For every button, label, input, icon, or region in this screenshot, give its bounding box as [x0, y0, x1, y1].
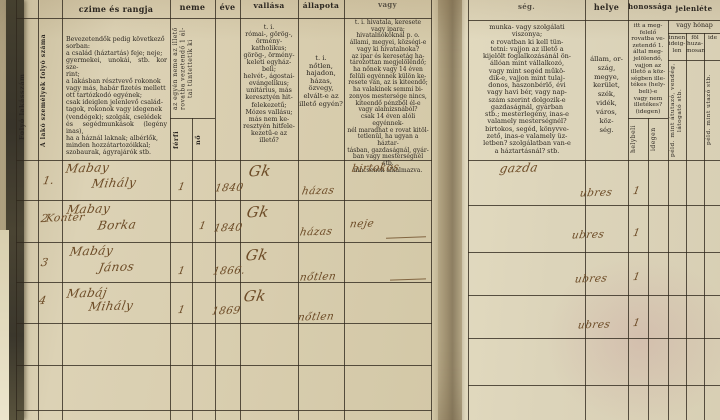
nationality-instructions: itt a meg- felelő rovatba ve- zetendő 1.… [630, 23, 666, 116]
label-person-number: A lakó személyek folyó száma [40, 22, 60, 159]
entry-religion: Gk [244, 246, 269, 265]
entry-marital: nőtlen [297, 310, 335, 323]
header-year: éve [215, 2, 240, 12]
entry-religion: Gk [242, 287, 267, 306]
grid-line [468, 252, 720, 253]
entry-occupation: neje [349, 218, 375, 231]
header-nationality: honossága [628, 2, 668, 11]
name-column-instructions: Bevezetendők pedig következő sorban: a c… [66, 36, 167, 156]
entry-given-name: Mihály [88, 298, 135, 314]
grid-line [468, 295, 720, 296]
label-local: helybeli [630, 121, 646, 158]
label-foreign: idegen [650, 121, 666, 158]
label-dwelling-number: Folyó lakásszám [18, 55, 36, 159]
grid-line [668, 20, 669, 420]
sex-note: az egyén neme az illető rovatba vezetend… [172, 22, 213, 116]
entry-place: ubres [571, 228, 605, 241]
grid-line [628, 118, 668, 119]
grid-line [170, 118, 215, 119]
grid-line [668, 33, 720, 34]
grid-line [16, 200, 432, 201]
entry-birth-year: 1866. [212, 264, 246, 277]
entry-maiden-name: Kontér [45, 211, 86, 224]
header-presence: jelenléte [668, 4, 720, 13]
grid-line [170, 0, 171, 420]
grid-line [16, 282, 432, 283]
presence-col-2: föl huza- mosan [686, 35, 704, 54]
grid-line [468, 338, 720, 339]
grid-line [62, 0, 63, 420]
grid-line [585, 0, 586, 420]
presence-note-1: péld. mint átutazó, vendég, látogató stb… [670, 62, 702, 158]
header-status: állapota [298, 1, 344, 10]
grid-line [468, 0, 469, 420]
status-instructions: t. i. nőtlen, hajadon, házas, özvegy, el… [299, 55, 343, 108]
grid-line [192, 118, 193, 420]
presence-col-3: ide [705, 35, 720, 41]
grid-line [648, 118, 649, 420]
entry-marital: nőtlen [299, 270, 337, 283]
grid-line [16, 242, 432, 243]
presence-note-2: péld. mint utazó stb. [706, 62, 719, 158]
religion-instructions: t. i. római-, görög-, örmény- katholikus… [242, 24, 296, 144]
book-gutter-shadow [432, 0, 466, 420]
entry-marital: házas [301, 184, 336, 197]
grid-line [431, 0, 432, 420]
label-female: nő [194, 121, 213, 158]
entry-birth-year: 1840 [214, 182, 245, 195]
grid-line [16, 410, 432, 411]
entry-birth-year: 1840 [213, 222, 244, 235]
entry-religion: Gk [245, 203, 270, 222]
entry-surname: Mabáy [69, 243, 115, 258]
grid-line [468, 20, 720, 21]
entry-surname: Mabay [65, 160, 111, 175]
entry-given-name: Mihály [91, 175, 138, 191]
entry-place: ubres [577, 318, 611, 331]
underlying-page-edge [0, 230, 9, 420]
entry-occupation: birtokos [351, 161, 400, 175]
grid-line [468, 205, 720, 206]
grid-line [704, 33, 705, 420]
header-name-rank: czime és rangja [62, 4, 170, 14]
presence-band: vagy hónap [669, 22, 720, 29]
entry-given-name: János [98, 259, 136, 274]
header-occupation-fragment: vagy [344, 0, 431, 9]
census-register-scan: czime és rangja neme éve vallása állapot… [0, 0, 720, 420]
header-sex: neme [170, 2, 215, 12]
grid-line [215, 0, 216, 420]
grid-line [16, 365, 432, 366]
header-religion: vallása [240, 1, 298, 10]
header-place: helye [585, 2, 628, 12]
entry-work-relation: gazda [499, 160, 540, 175]
occupation-instructions: t. i. hivatala, keresete vagy ipara; hiv… [347, 20, 429, 175]
grid-line [16, 323, 432, 324]
entry-religion: Gk [247, 162, 272, 181]
entry-place: ubres [574, 272, 608, 285]
grid-line [240, 0, 241, 420]
label-male: férfi [172, 121, 190, 158]
place-instructions: állam, or- szág, megye, kerület, szék, v… [588, 55, 625, 134]
entry-place: ubres [579, 186, 613, 199]
grid-line [628, 0, 629, 420]
grid-line [38, 0, 39, 420]
grid-line [344, 0, 345, 420]
grid-line [668, 60, 720, 61]
entry-marital: házas [299, 225, 334, 238]
grid-line [16, 0, 17, 420]
work-instructions: munka- vagy szolgálati viszonya; e rovat… [474, 24, 580, 155]
grid-line [468, 385, 720, 386]
presence-col-1: innen ideig- len [668, 35, 686, 54]
entry-person-no: 1. [42, 174, 56, 187]
header-work-fragment: ség. [468, 2, 585, 11]
entry-given-name: Borka [97, 217, 138, 232]
entry-birth-year: 1869 [211, 305, 242, 318]
